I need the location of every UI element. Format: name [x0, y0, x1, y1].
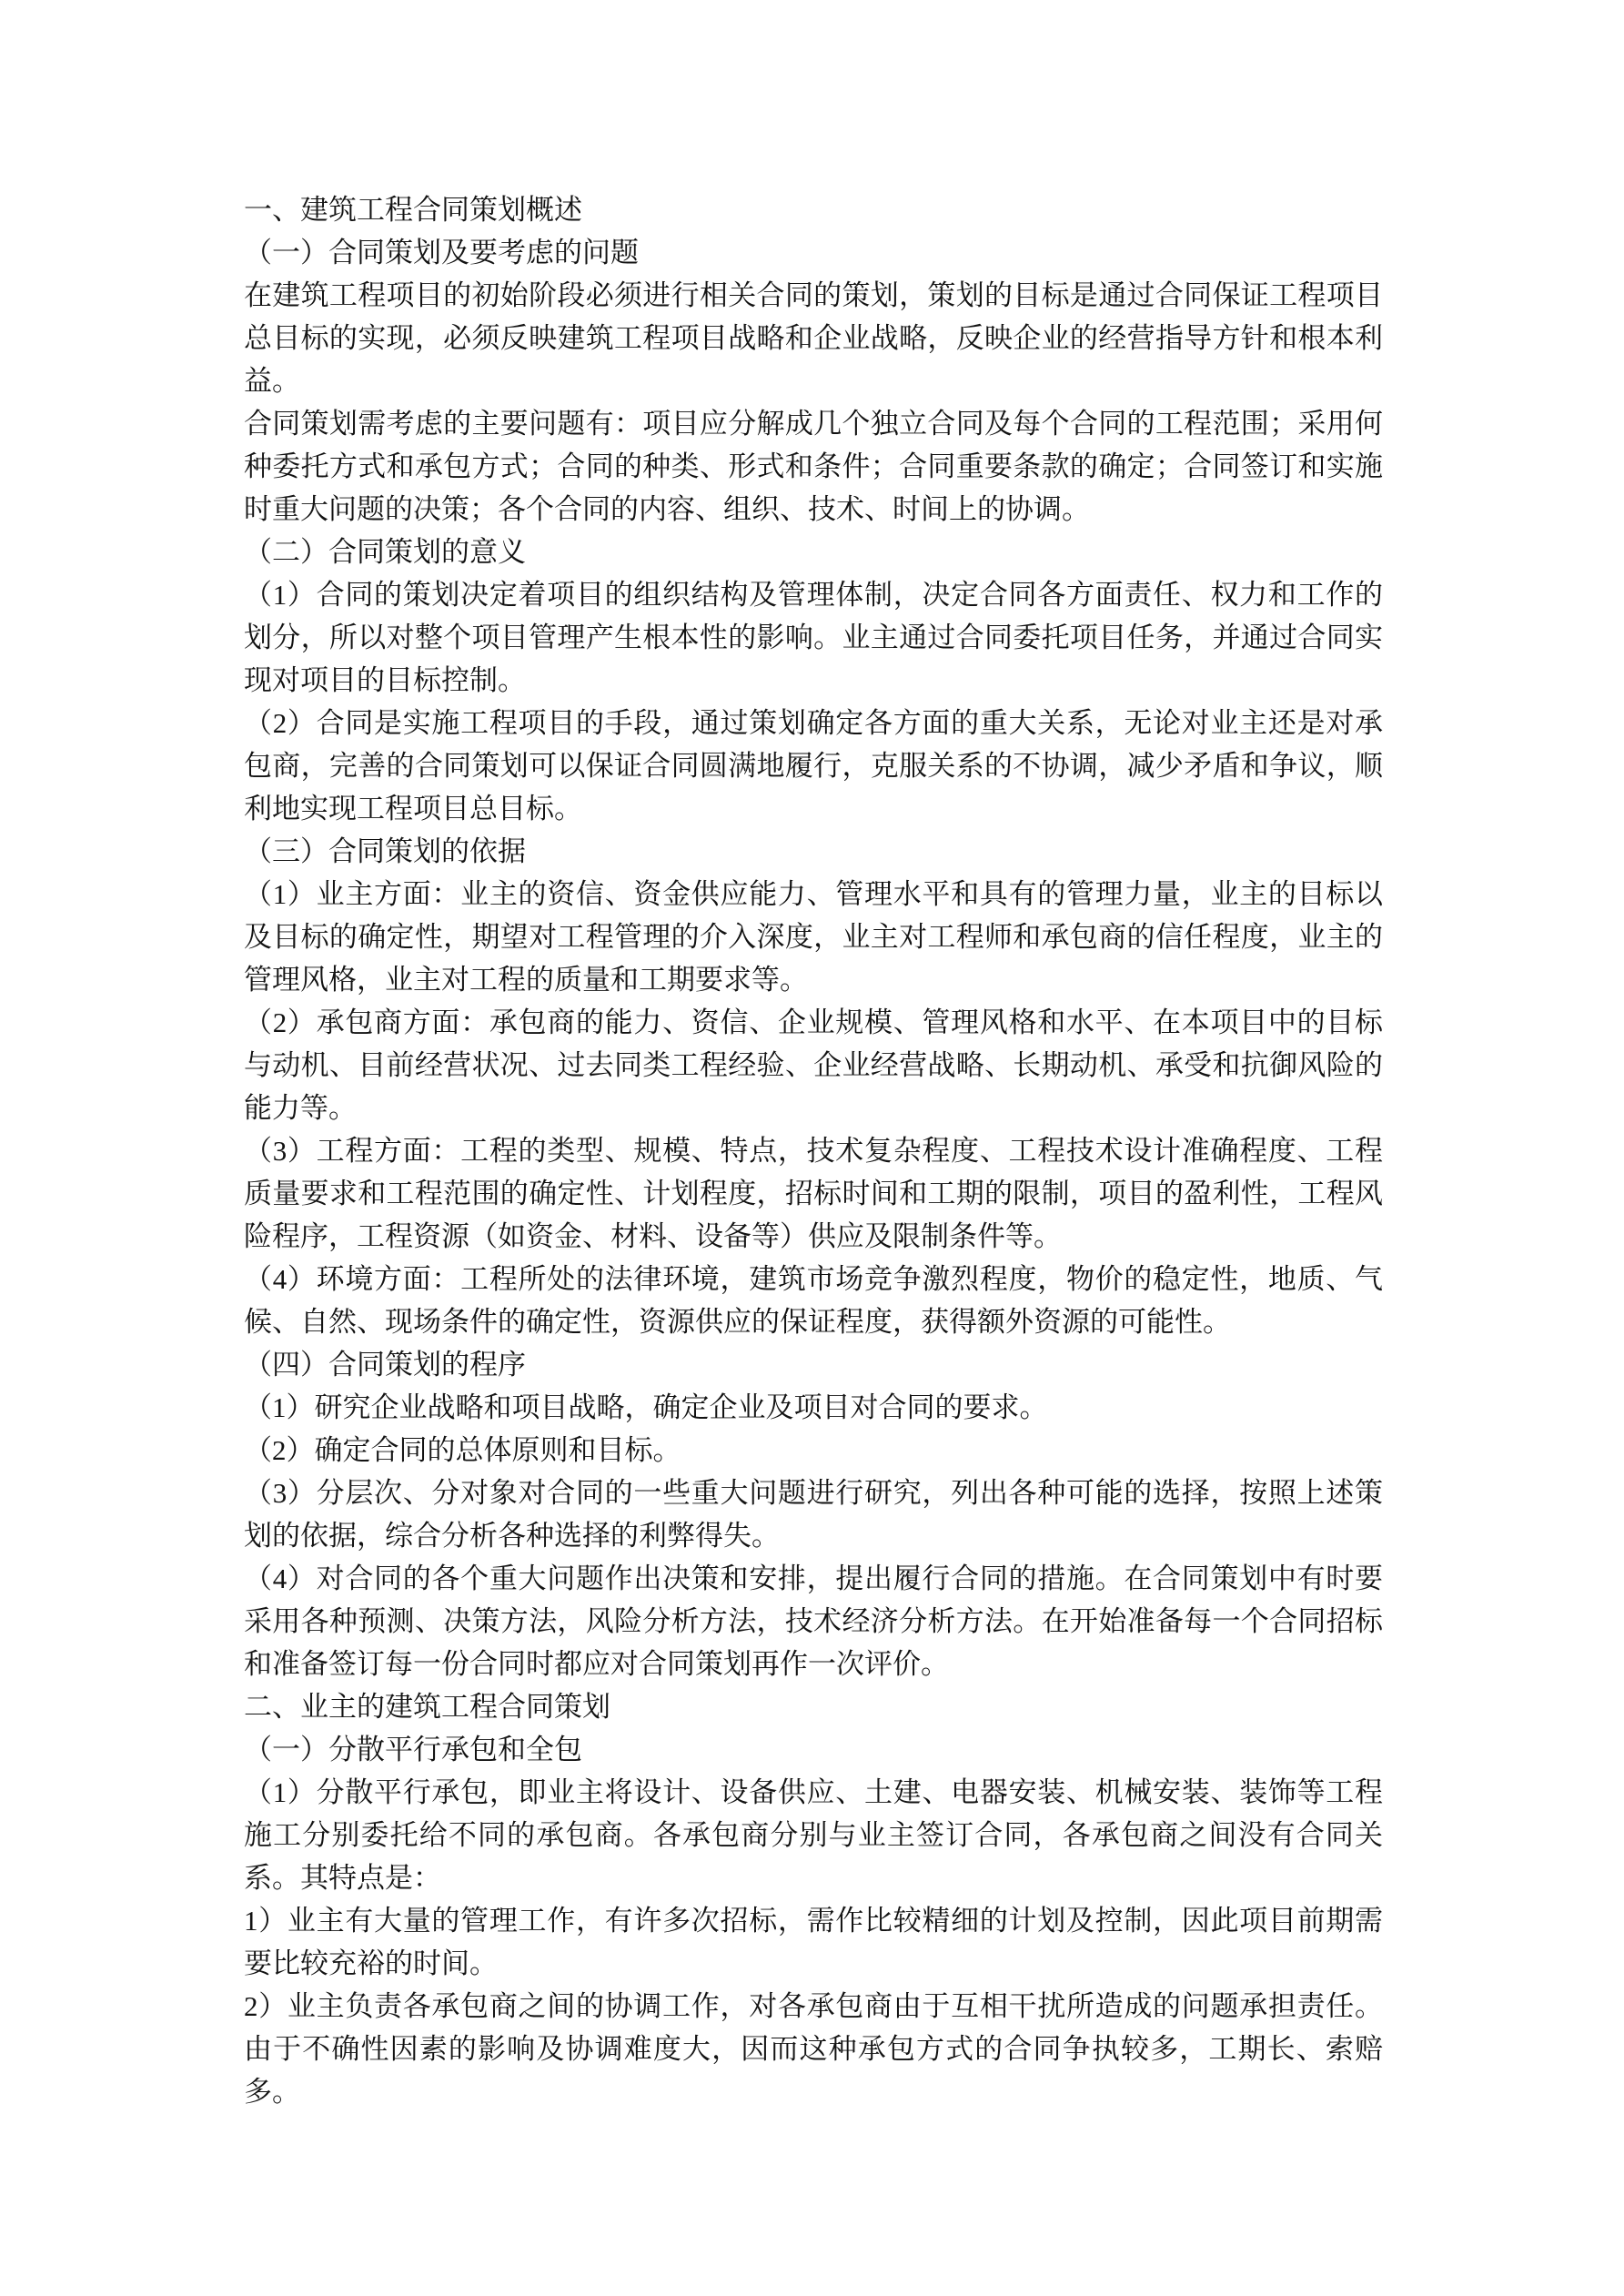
paragraph: 在建筑工程项目的初始阶段必须进行相关合同的策划，策划的目标是通过合同保证工程项目… [244, 274, 1383, 402]
paragraph: （1）合同的策划决定着项目的组织结构及管理体制，决定合同各方面责任、权力和工作的… [244, 573, 1383, 702]
paragraph: 1）业主有大量的管理工作，有许多次招标，需作比较精细的计划及控制，因此项目前期需… [244, 1899, 1383, 1985]
section-heading: （二）合同策划的意义 [244, 531, 1383, 573]
paragraph: （4）环境方面：工程所处的法律环境，建筑市场竞争激烈程度，物价的稳定性，地质、气… [244, 1258, 1383, 1343]
paragraph: （4）对合同的各个重大问题作出决策和安排，提出履行合同的措施。在合同策划中有时要… [244, 1557, 1383, 1685]
paragraph: 2）业主负责各承包商之间的协调工作，对各承包商由于互相干扰所造成的问题承担责任。… [244, 1985, 1383, 2113]
paragraph: （1）分散平行承包，即业主将设计、设备供应、土建、电器安装、机械安装、装饰等工程… [244, 1771, 1383, 1899]
paragraph: （3）分层次、分对象对合同的一些重大问题进行研究，列出各种可能的选择，按照上述策… [244, 1472, 1383, 1557]
section-heading: 二、业主的建筑工程合同策划 [244, 1685, 1383, 1728]
paragraph: （1）研究企业战略和项目战略，确定企业及项目对合同的要求。 [244, 1386, 1383, 1429]
section-heading: （一）分散平行承包和全包 [244, 1728, 1383, 1771]
section-heading: （四）合同策划的程序 [244, 1343, 1383, 1386]
section-heading: （三）合同策划的依据 [244, 830, 1383, 873]
document-page: 一、建筑工程合同策划概述（一）合同策划及要考虑的问题在建筑工程项目的初始阶段必须… [0, 0, 1624, 2296]
paragraph: （1）业主方面：业主的资信、资金供应能力、管理水平和具有的管理力量，业主的目标以… [244, 873, 1383, 1001]
paragraph: （2）承包商方面：承包商的能力、资信、企业规模、管理风格和水平、在本项目中的目标… [244, 1001, 1383, 1129]
paragraph: （2）合同是实施工程项目的手段，通过策划确定各方面的重大关系，无论对业主还是对承… [244, 702, 1383, 830]
section-heading: （一）合同策划及要考虑的问题 [244, 231, 1383, 274]
section-heading: 一、建筑工程合同策划概述 [244, 188, 1383, 231]
paragraph: （3）工程方面：工程的类型、规模、特点，技术复杂程度、工程技术设计准确程度、工程… [244, 1129, 1383, 1258]
paragraph: 合同策划需考虑的主要问题有：项目应分解成几个独立合同及每个合同的工程范围；采用何… [244, 402, 1383, 531]
document-body: 一、建筑工程合同策划概述（一）合同策划及要考虑的问题在建筑工程项目的初始阶段必须… [244, 188, 1383, 2113]
paragraph: （2）确定合同的总体原则和目标。 [244, 1429, 1383, 1472]
